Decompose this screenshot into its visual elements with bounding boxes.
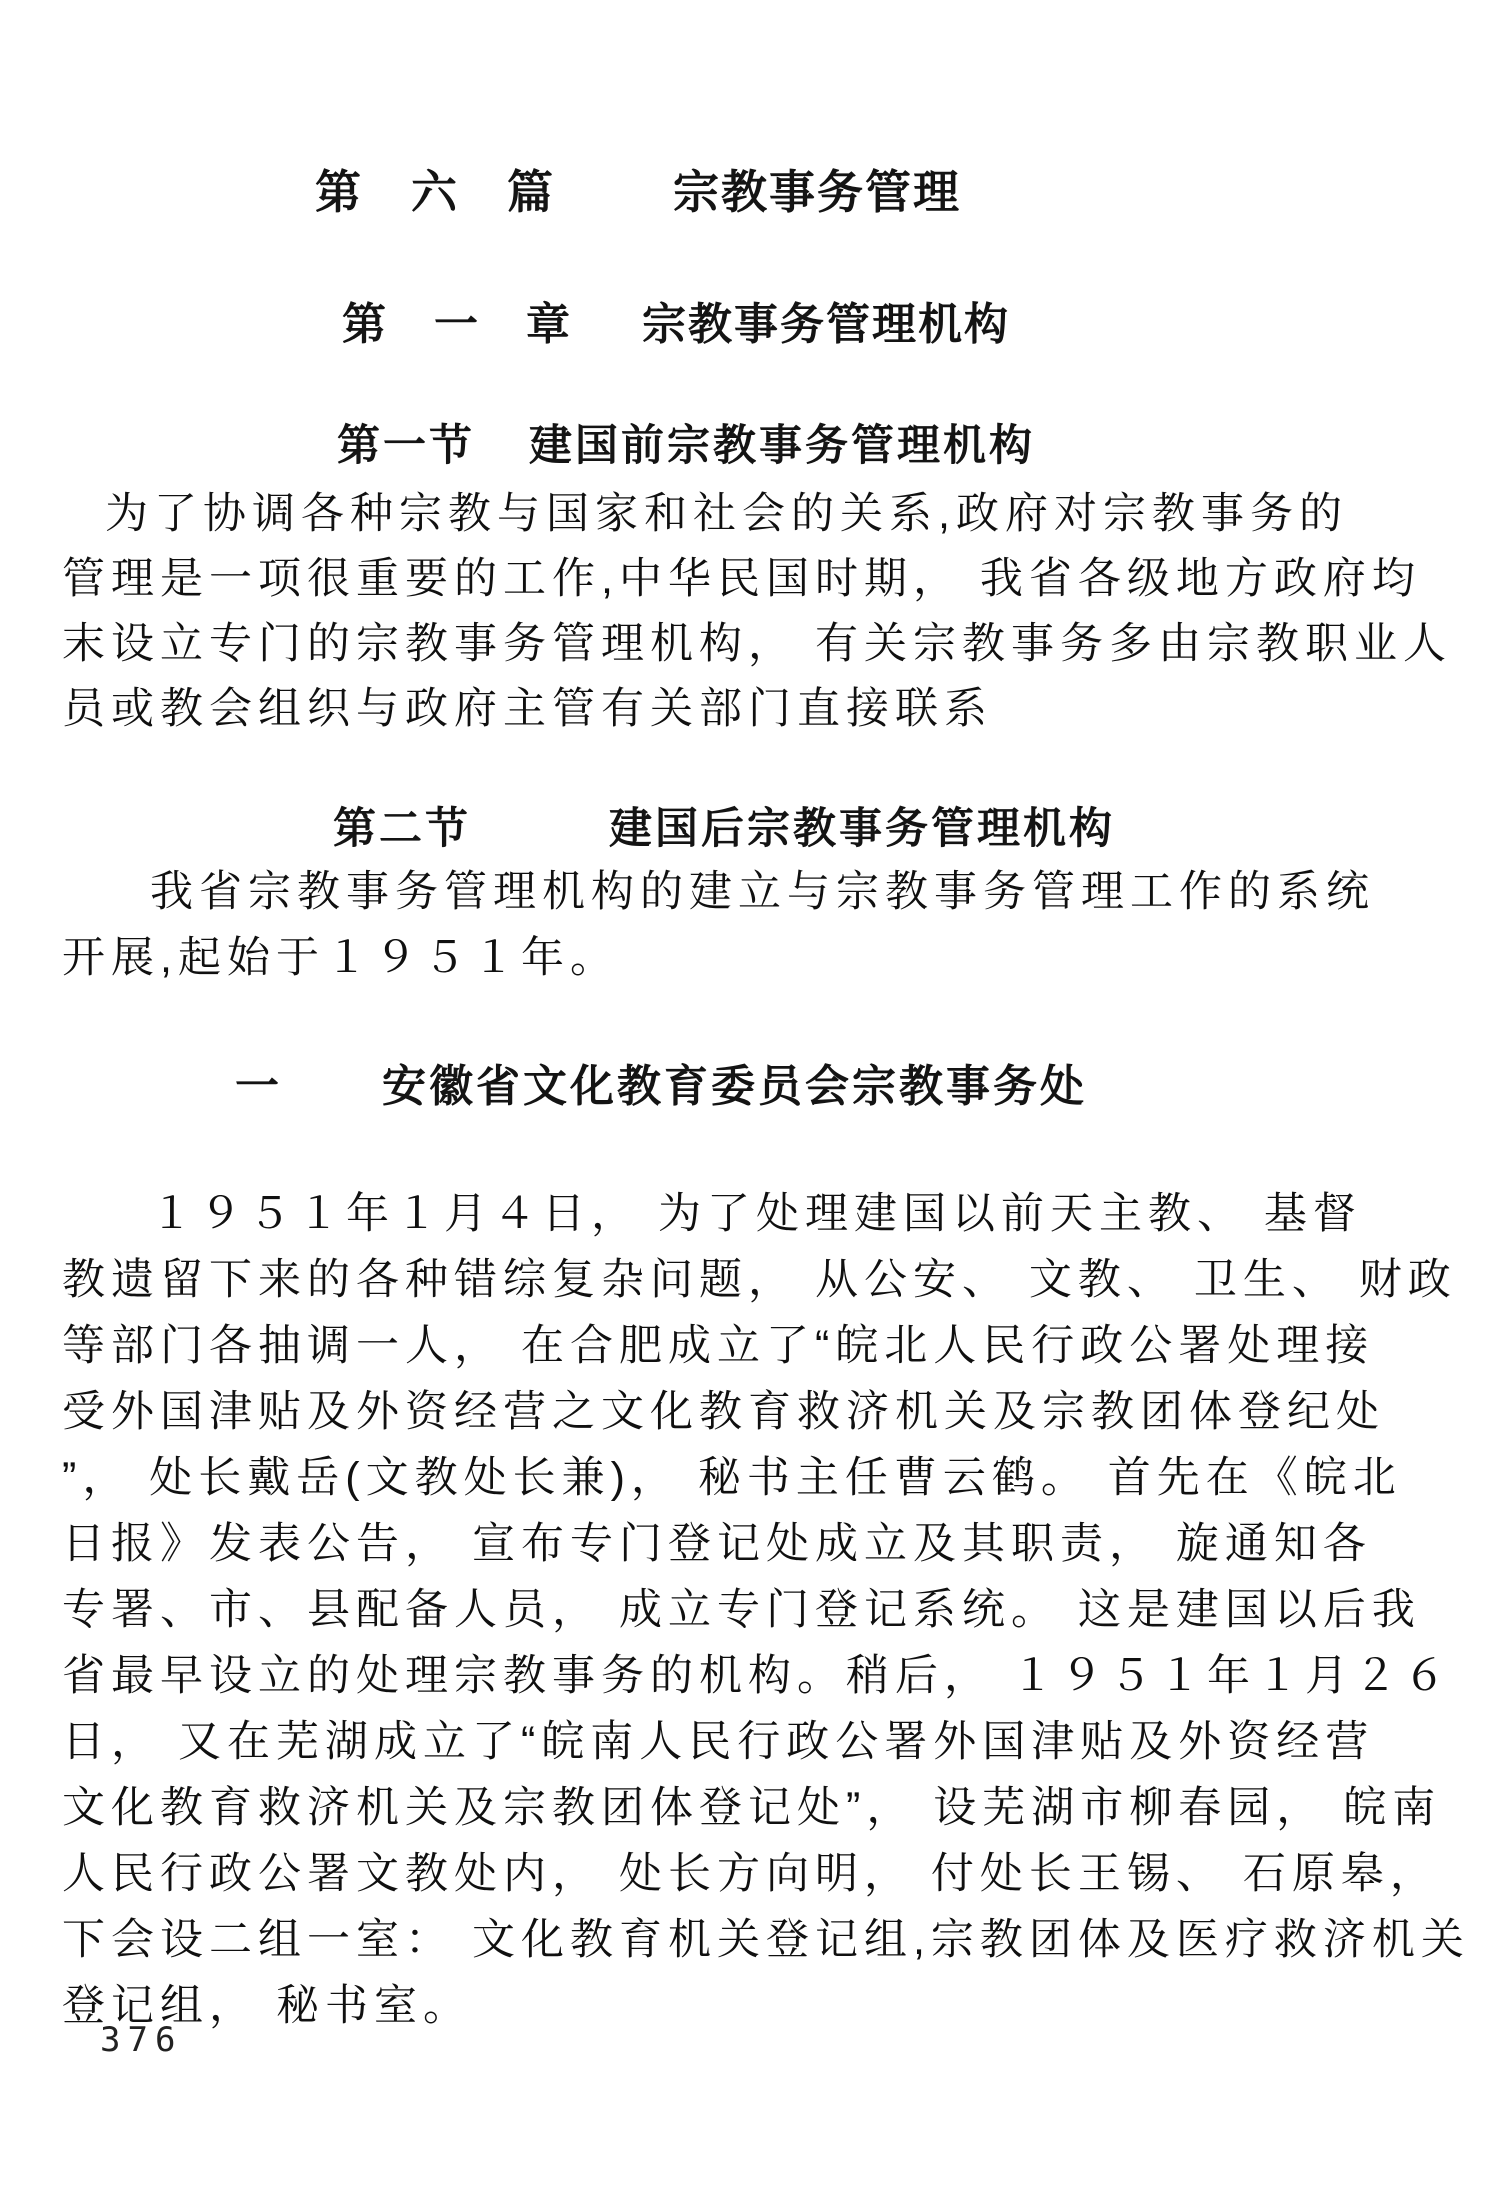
part-heading-label: 第 六 篇 — [315, 156, 555, 222]
paragraph-line: 末设立专门的宗教事务管理机构， 有关宗教事务多由宗教职业人 — [62, 610, 1445, 675]
chapter-heading-label: 第 一 章 — [342, 288, 572, 352]
section-2-paragraph: 我省宗教事务管理机构的建立与宗教事务管理工作的系统 开展,起始于１９５１年。 — [62, 858, 1445, 990]
paragraph-line: 省最早设立的处理宗教事务的机构。稍后， １９５１年１月２６ — [62, 1642, 1445, 1708]
paragraph-line: １９５１年１月４日， 为了处理建国以前天主教、 基督 — [62, 1180, 1445, 1246]
paragraph-line: 管理是一项很重要的工作,中华民国时期， 我省各级地方政府均 — [62, 545, 1445, 610]
paragraph-line: 专署、市、县配备人员， 成立专门登记系统。 这是建国以后我 — [62, 1576, 1445, 1642]
section-1-heading-title: 建国前宗教事务管理机构 — [529, 412, 1035, 473]
paragraph-line: 受外国津贴及外资经营之文化教育救济机关及宗教团体登纪处 — [62, 1378, 1445, 1444]
paragraph-line: 文化教育救济机关及宗教团体登记处”， 设芜湖市柳春园， 皖南 — [62, 1774, 1445, 1840]
paragraph-line: 日， 又在芜湖成立了“皖南人民行政公署外国津贴及外资经营 — [62, 1708, 1445, 1774]
chapter-heading: 第 一 章 宗教事务管理机构 — [342, 288, 1010, 352]
part-heading: 第 六 篇 宗教事务管理 — [315, 156, 961, 222]
subsection-1-heading: 一 安徽省文化教育委员会宗教事务处 — [235, 1050, 1087, 1114]
paragraph-line: 人民行政公署文教处内， 处长方向明， 付处长王锡、 石原皋， — [62, 1840, 1445, 1906]
paragraph-line: 下会设二组一室： 文化教育机关登记组,宗教团体及医疗救济机关 — [62, 1906, 1445, 1972]
paragraph-line: ”， 处长戴岳(文教处长兼)， 秘书主任曹云鹤。 首先在《皖北 — [62, 1444, 1445, 1510]
chapter-heading-title: 宗教事务管理机构 — [642, 288, 1010, 352]
section-2-heading-title: 建国后宗教事务管理机构 — [609, 795, 1115, 856]
paragraph-line: 登记组， 秘书室。 — [62, 1972, 1445, 2038]
paragraph-line: 等部门各抽调一人， 在合肥成立了“皖北人民行政公署处理接 — [62, 1312, 1445, 1378]
paragraph-line: 我省宗教事务管理机构的建立与宗教事务管理工作的系统 — [62, 858, 1445, 924]
subsection-1-heading-title: 安徽省文化教育委员会宗教事务处 — [382, 1050, 1087, 1114]
paragraph-line: 为了协调各种宗教与国家和社会的关系,政府对宗教事务的 — [62, 480, 1445, 545]
section-2-heading: 第二节 建国后宗教事务管理机构 — [333, 795, 1115, 856]
paragraph-line: 开展,起始于１９５１年。 — [62, 924, 1445, 990]
section-1-heading: 第一节 建国前宗教事务管理机构 — [337, 412, 1035, 473]
section-1-heading-label: 第一节 — [337, 412, 475, 473]
section-1-paragraph: 为了协调各种宗教与国家和社会的关系,政府对宗教事务的 管理是一项很重要的工作,中… — [62, 480, 1445, 740]
paragraph-line: 员或教会组织与政府主管有关部门直接联系 — [62, 675, 1445, 740]
paragraph-line: 教遗留下来的各种错综复杂问题， 从公安、 文教、 卫生、 财政 — [62, 1246, 1445, 1312]
paragraph-line: 日报》发表公告， 宣布专门登记处成立及其职责， 旋通知各 — [62, 1510, 1445, 1576]
subsection-1-heading-label: 一 — [235, 1050, 282, 1114]
subsection-1-paragraph: １９５１年１月４日， 为了处理建国以前天主教、 基督 教遗留下来的各种错综复杂问… — [62, 1180, 1445, 2038]
page-number: 376 — [100, 2020, 182, 2060]
part-heading-title: 宗教事务管理 — [673, 156, 961, 222]
section-2-heading-label: 第二节 — [333, 795, 471, 856]
scanned-book-page: 第 六 篇 宗教事务管理 第 一 章 宗教事务管理机构 第一节 建国前宗教事务管… — [0, 0, 1500, 2197]
